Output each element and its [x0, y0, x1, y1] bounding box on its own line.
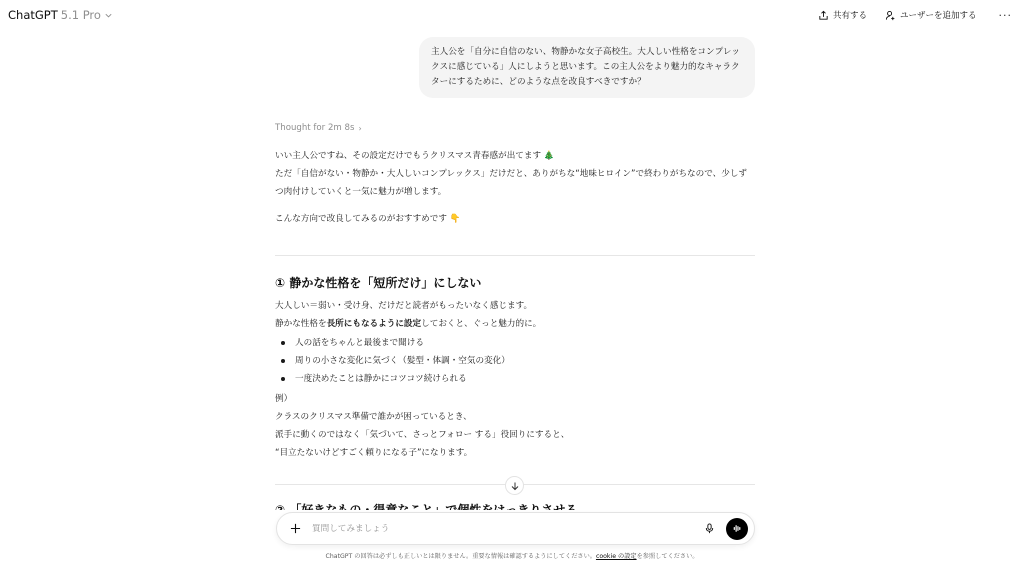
list-item-text: 一度決めたことは静かにコツコツ続けられる [295, 370, 467, 388]
plus-icon [290, 523, 301, 534]
disclaimer-text: ChatGPT の回答は必ずしも正しいとは限りません。重要な情報は確認するように… [326, 553, 596, 560]
arrow-down-icon [510, 481, 520, 491]
microphone-icon [704, 523, 715, 534]
example-line: 派手に動くのではなく「気づいて、さっとフォロー する」役回りにすると、 [275, 426, 755, 444]
disclaimer-text: を参照してください。 [637, 553, 699, 560]
add-user-label: ユーザーを追加する [900, 9, 977, 21]
dictate-button[interactable] [701, 521, 717, 537]
strengths-list: 人の話をちゃんと最後まで聞ける 周りの小さな変化に気づく（髪型・体調・空気の変化… [281, 334, 510, 388]
list-item-text: 人の話をちゃんと最後まで聞ける [295, 334, 424, 352]
message-input[interactable] [312, 524, 701, 534]
voice-mode-button[interactable] [726, 518, 748, 540]
list-item: 周りの小さな変化に気づく（髪型・体調・空気の変化） [281, 352, 510, 370]
bullet-icon [281, 341, 285, 345]
section-1-line-2: 静かな性格を長所にもなるように設定しておくと、ぐっと魅力的に。 [275, 315, 755, 333]
waveform-icon [732, 523, 743, 534]
text-segment: しておくと、ぐっと魅力的に。 [421, 319, 541, 329]
example-block: 例） クラスのクリスマス準備で誰かが困っているとき、 派手に動くのではなく「気づ… [275, 390, 755, 462]
thought-toggle[interactable]: Thought for 2m 8s › [275, 123, 362, 133]
section-1-line-1: 大人しい＝弱い・受け身、だけだと読者がもったいなく感じます。 [275, 297, 755, 315]
bullet-icon [281, 359, 285, 363]
list-item: 人の話をちゃんと最後まで聞ける [281, 334, 510, 352]
chevron-right-icon: › [358, 124, 361, 133]
chat-thread[interactable]: 主人公を「自分に自信のない、物静かな女子高校生。大人しい性格をコンプレックスに感… [0, 30, 1024, 510]
intro-line-2: ただ「自信がない・物静か・大人しいコンプレックス」だけだと、ありがちな“地味ヒロ… [275, 165, 755, 201]
add-user-button[interactable]: ユーザーを追加する [885, 9, 977, 21]
section-1-body: 大人しい＝弱い・受け身、だけだと読者がもったいなく感じます。 静かな性格を長所に… [275, 297, 755, 333]
recommend-text: こんな方向で改良してみるのがおすすめです 👇 [275, 210, 460, 228]
model-selector[interactable]: ChatGPT 5.1 Pro [8, 6, 113, 24]
example-label: 例） [275, 390, 755, 408]
assistant-intro: いい主人公ですね、その設定だけでもうクリスマス青春感が出てます 🎄 ただ「自信が… [275, 147, 755, 201]
section-2-heading: ② 「好きなもの・得意なこと」で個性をはっきりさせる [275, 501, 577, 510]
header-actions: 共有する ユーザーを追加する ··· [818, 9, 1016, 22]
divider [275, 255, 755, 256]
app-name: ChatGPT [8, 8, 58, 22]
composer [276, 512, 755, 545]
thought-label: Thought for 2m 8s [275, 123, 354, 133]
bold-text: 長所にもなるように設定 [327, 319, 422, 329]
cookie-settings-link[interactable]: cookie の設定 [596, 553, 637, 560]
share-icon [818, 10, 829, 21]
add-user-icon [885, 10, 896, 21]
model-version: 5.1 Pro [61, 8, 101, 22]
more-options-button[interactable]: ··· [999, 9, 1013, 22]
disclaimer: ChatGPT の回答は必ずしも正しいとは限りません。重要な情報は確認するように… [0, 551, 1024, 560]
section-1-heading: ① 静かな性格を「短所だけ」にしない [275, 274, 481, 291]
scroll-to-bottom-button[interactable] [505, 476, 524, 495]
example-line: “目立たないけどすごく頼りになる子”になります。 [275, 444, 755, 462]
add-attachment-button[interactable] [287, 521, 303, 537]
bullet-icon [281, 377, 285, 381]
more-icon: ··· [999, 9, 1013, 22]
chevron-down-icon [104, 11, 113, 20]
list-item: 一度決めたことは静かにコツコツ続けられる [281, 370, 510, 388]
user-message: 主人公を「自分に自信のない、物静かな女子高校生。大人しい性格をコンプレックスに感… [419, 37, 755, 98]
top-bar: ChatGPT 5.1 Pro 共有する ユーザーを追加する ··· [0, 0, 1024, 30]
share-button[interactable]: 共有する [818, 9, 867, 21]
list-item-text: 周りの小さな変化に気づく（髪型・体調・空気の変化） [295, 352, 510, 370]
intro-line-1: いい主人公ですね、その設定だけでもうクリスマス青春感が出てます 🎄 [275, 147, 755, 165]
text-segment: 静かな性格を [275, 319, 327, 329]
example-line: クラスのクリスマス準備で誰かが困っているとき、 [275, 408, 755, 426]
share-label: 共有する [833, 9, 867, 21]
